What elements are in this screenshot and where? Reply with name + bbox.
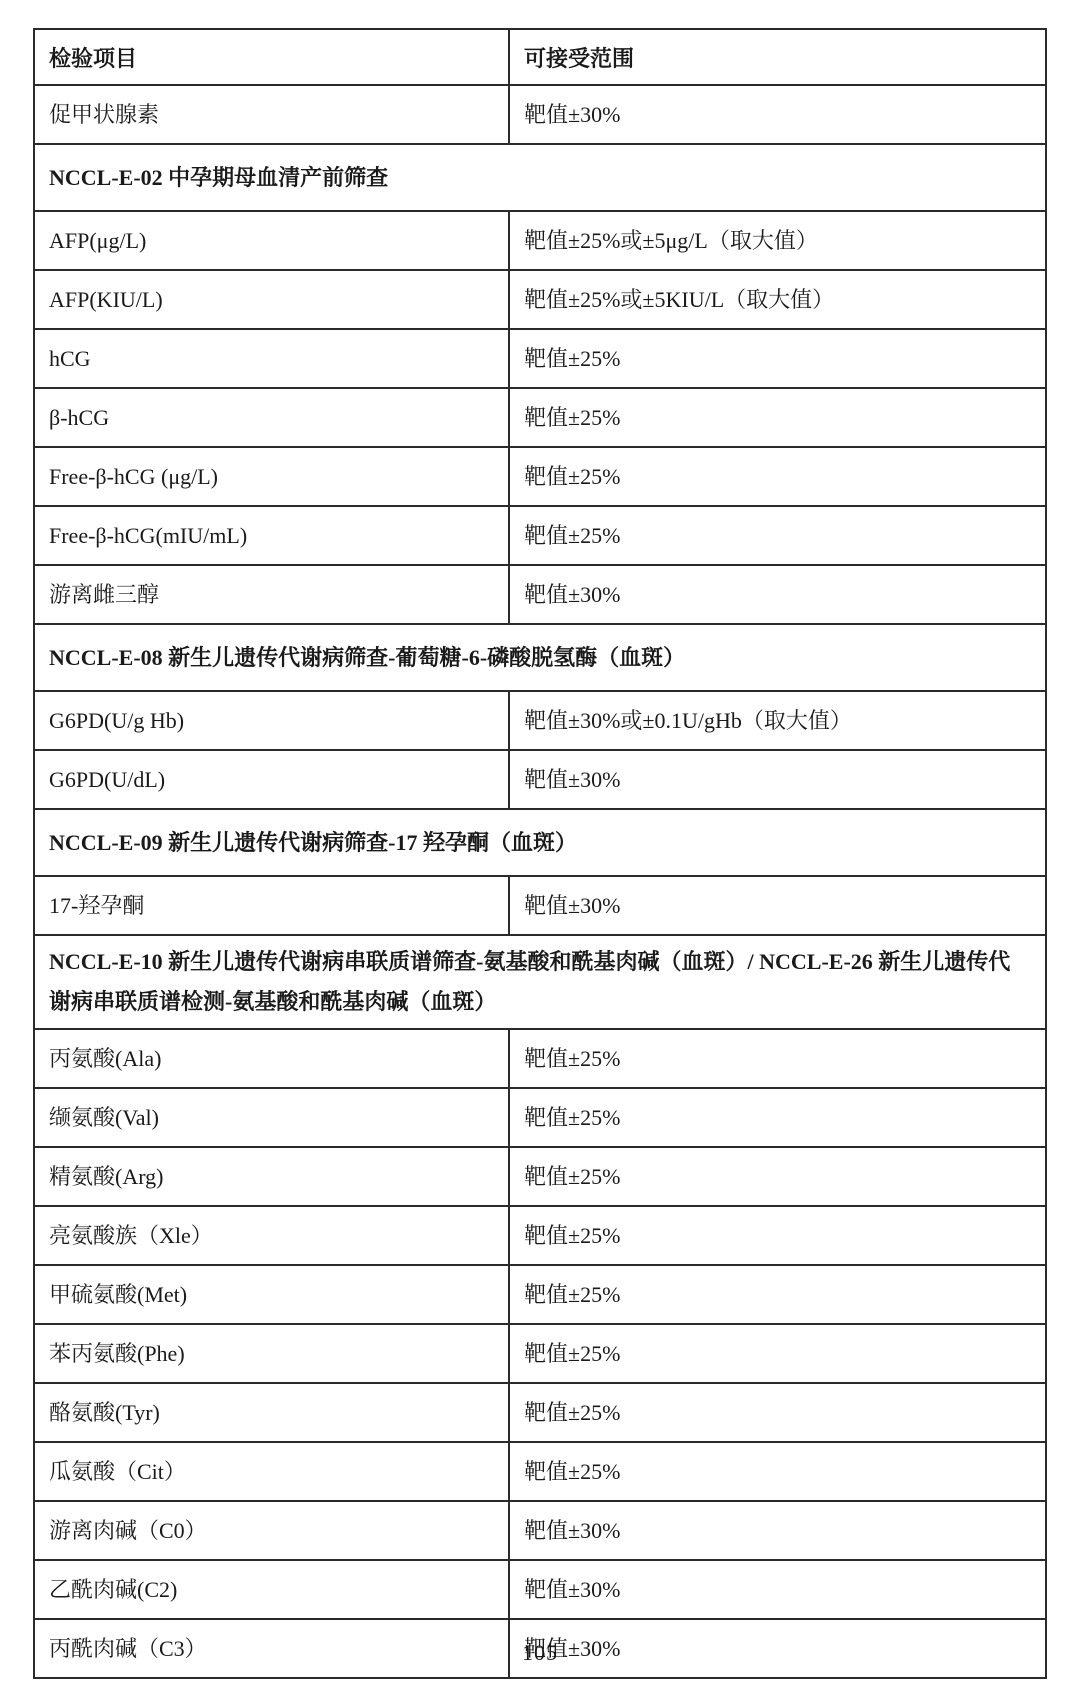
test-item-cell: 游离雌三醇	[34, 565, 509, 624]
test-item-cell: 精氨酸(Arg)	[34, 1147, 509, 1206]
acceptable-range-cell: 靶值±30%	[509, 876, 1046, 935]
section-header-label: NCCL-E-09 新生儿遗传代谢病筛查-17 羟孕酮（血斑）	[34, 809, 1046, 876]
acceptable-range-cell: 靶值±25%	[509, 1324, 1046, 1383]
table-row: G6PD(U/g Hb)靶值±30%或±0.1U/gHb（取大值）	[34, 691, 1046, 750]
section-header-label: NCCL-E-02 中孕期母血清产前筛查	[34, 144, 1046, 211]
acceptable-range-cell: 靶值±25%	[509, 329, 1046, 388]
table-row: 缬氨酸(Val)靶值±25%	[34, 1088, 1046, 1147]
acceptable-range-cell: 靶值±30%	[509, 750, 1046, 809]
table-row: AFP(KIU/L)靶值±25%或±5KIU/L（取大值）	[34, 270, 1046, 329]
test-item-cell: G6PD(U/dL)	[34, 750, 509, 809]
test-item-cell: 17-羟孕酮	[34, 876, 509, 935]
test-item-cell: 亮氨酸族（Xle）	[34, 1206, 509, 1265]
table-row: 亮氨酸族（Xle）靶值±25%	[34, 1206, 1046, 1265]
table-row: 促甲状腺素靶值±30%	[34, 85, 1046, 144]
table-row: Free-β-hCG(mIU/mL)靶值±25%	[34, 506, 1046, 565]
test-item-cell: G6PD(U/g Hb)	[34, 691, 509, 750]
table-row: 游离雌三醇靶值±30%	[34, 565, 1046, 624]
column-header-test-item: 检验项目	[34, 29, 509, 85]
test-item-cell: 酪氨酸(Tyr)	[34, 1383, 509, 1442]
table-header-row: 检验项目 可接受范围	[34, 29, 1046, 85]
section-header-row: NCCL-E-02 中孕期母血清产前筛查	[34, 144, 1046, 211]
acceptable-range-cell: 靶值±30%	[509, 1501, 1046, 1560]
table-row: 瓜氨酸（Cit）靶值±25%	[34, 1442, 1046, 1501]
test-item-cell: AFP(KIU/L)	[34, 270, 509, 329]
page-number: 105	[0, 1640, 1080, 1666]
test-item-cell: β-hCG	[34, 388, 509, 447]
acceptable-range-cell: 靶值±25%	[509, 1088, 1046, 1147]
acceptable-range-cell: 靶值±25%	[509, 506, 1046, 565]
acceptable-range-cell: 靶值±25%或±5μg/L（取大值）	[509, 211, 1046, 270]
test-item-cell: 丙氨酸(Ala)	[34, 1029, 509, 1088]
acceptable-range-cell: 靶值±25%	[509, 1442, 1046, 1501]
test-item-cell: 乙酰肉碱(C2)	[34, 1560, 509, 1619]
acceptable-range-cell: 靶值±30%	[509, 85, 1046, 144]
acceptance-criteria-table: 检验项目 可接受范围 促甲状腺素靶值±30%NCCL-E-02 中孕期母血清产前…	[33, 28, 1047, 1679]
test-item-cell: 瓜氨酸（Cit）	[34, 1442, 509, 1501]
test-item-cell: 缬氨酸(Val)	[34, 1088, 509, 1147]
table-row: 游离肉碱（C0）靶值±30%	[34, 1501, 1046, 1560]
document-page: 检验项目 可接受范围 促甲状腺素靶值±30%NCCL-E-02 中孕期母血清产前…	[0, 0, 1080, 1702]
acceptable-range-cell: 靶值±30%	[509, 1560, 1046, 1619]
table-row: 17-羟孕酮靶值±30%	[34, 876, 1046, 935]
table-row: 甲硫氨酸(Met)靶值±25%	[34, 1265, 1046, 1324]
table-row: AFP(μg/L)靶值±25%或±5μg/L（取大值）	[34, 211, 1046, 270]
test-item-cell: Free-β-hCG(mIU/mL)	[34, 506, 509, 565]
table-row: β-hCG靶值±25%	[34, 388, 1046, 447]
table-row: 酪氨酸(Tyr)靶值±25%	[34, 1383, 1046, 1442]
test-item-cell: 游离肉碱（C0）	[34, 1501, 509, 1560]
acceptable-range-cell: 靶值±25%	[509, 447, 1046, 506]
section-header-row: NCCL-E-09 新生儿遗传代谢病筛查-17 羟孕酮（血斑）	[34, 809, 1046, 876]
section-header-label: NCCL-E-08 新生儿遗传代谢病筛查-葡萄糖-6-磷酸脱氢酶（血斑）	[34, 624, 1046, 691]
test-item-cell: hCG	[34, 329, 509, 388]
acceptable-range-cell: 靶值±25%	[509, 1265, 1046, 1324]
section-header-row: NCCL-E-10 新生儿遗传代谢病串联质谱筛查-氨基酸和酰基肉碱（血斑）/ N…	[34, 935, 1046, 1029]
table-row: 乙酰肉碱(C2)靶值±30%	[34, 1560, 1046, 1619]
test-item-cell: 促甲状腺素	[34, 85, 509, 144]
test-item-cell: 甲硫氨酸(Met)	[34, 1265, 509, 1324]
table-row: 精氨酸(Arg)靶值±25%	[34, 1147, 1046, 1206]
acceptable-range-cell: 靶值±25%	[509, 1029, 1046, 1088]
acceptable-range-cell: 靶值±30%或±0.1U/gHb（取大值）	[509, 691, 1046, 750]
table-body: 促甲状腺素靶值±30%NCCL-E-02 中孕期母血清产前筛查AFP(μg/L)…	[34, 85, 1046, 1678]
acceptable-range-cell: 靶值±25%	[509, 1147, 1046, 1206]
acceptable-range-cell: 靶值±25%	[509, 1383, 1046, 1442]
acceptable-range-cell: 靶值±25%	[509, 388, 1046, 447]
test-item-cell: 苯丙氨酸(Phe)	[34, 1324, 509, 1383]
table-row: 苯丙氨酸(Phe)靶值±25%	[34, 1324, 1046, 1383]
table-row: 丙氨酸(Ala)靶值±25%	[34, 1029, 1046, 1088]
table-row: hCG靶值±25%	[34, 329, 1046, 388]
test-item-cell: Free-β-hCG (μg/L)	[34, 447, 509, 506]
column-header-acceptable-range: 可接受范围	[509, 29, 1046, 85]
section-header-row: NCCL-E-08 新生儿遗传代谢病筛查-葡萄糖-6-磷酸脱氢酶（血斑）	[34, 624, 1046, 691]
acceptable-range-cell: 靶值±30%	[509, 565, 1046, 624]
acceptable-range-cell: 靶值±25%	[509, 1206, 1046, 1265]
acceptable-range-cell: 靶值±25%或±5KIU/L（取大值）	[509, 270, 1046, 329]
test-item-cell: AFP(μg/L)	[34, 211, 509, 270]
table-row: Free-β-hCG (μg/L)靶值±25%	[34, 447, 1046, 506]
section-header-label: NCCL-E-10 新生儿遗传代谢病串联质谱筛查-氨基酸和酰基肉碱（血斑）/ N…	[34, 935, 1046, 1029]
table-row: G6PD(U/dL)靶值±30%	[34, 750, 1046, 809]
